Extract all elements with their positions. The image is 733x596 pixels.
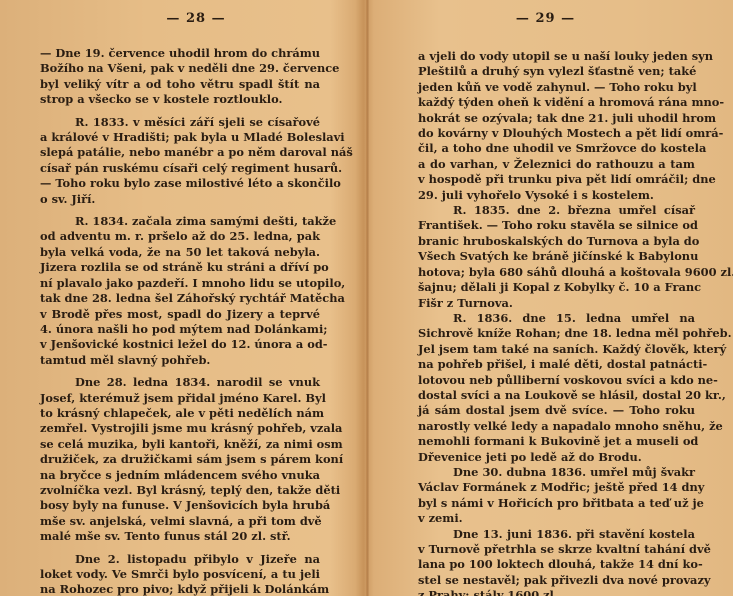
text-line: loket vody. Ve Smrči bylo posvícení, a t… [40,567,320,582]
text-line: císař pán ruskému císaři celý regiment h… [40,161,320,176]
text-line: Jizera rozlila se od stráně ku stráni a … [40,260,320,275]
text-line: František. — Toho roku stavěla se silnic… [418,218,695,233]
text-line: byla velká voda, že na 50 let taková neb… [40,245,320,260]
text-line: R. 1833. v měsíci září sjeli se císařové [40,115,320,130]
text-line: Jel jsem tam také na saních. Každý člově… [418,342,695,357]
text-line: Dne 2. listopadu přibylo v Jizeře na [40,552,320,567]
text-line: Václav Formánek z Modřic; ještě před 14 … [418,480,695,495]
text-line: Dne 30. dubna 1836. umřel můj švakr [418,465,695,480]
right-page: — 29 — a vjeli do vody utopil se u naší … [370,0,733,596]
text-line: narostly velké ledy a napadalo mnoho sně… [418,419,695,434]
text-line: tamtud měl slavný pohřeb. [40,353,320,368]
text-line: R. 1836. dne 15. ledna umřel na [418,311,695,326]
text-line: v Jenšovické kostnici ležel do 12. února… [40,337,320,352]
text-line: R. 1834. začala zima samými dešti, takže [40,214,320,229]
text-line: Božího na Všeni, pak v neděli dne 29. če… [40,61,320,76]
left-page: — 28 — — Dne 19. července uhodil hrom do… [0,0,368,596]
text-line: 4. února našli ho pod mýtem nad Dolánkam… [40,322,320,337]
text-line: a vjeli do vody utopil se u naší louky j… [418,49,695,64]
text-line: tak dne 28. ledna šel Záhořský rychtář M… [40,291,320,306]
text-line: na pohřeb přišel, i malé děti, dostal pa… [418,357,695,372]
text-line: v Brodě přes most, spadl do Jizery a tep… [40,307,320,322]
text-line: a do varhan, v Železnici do rathouzu a t… [418,157,695,172]
text-line: z Prahy; stály 1600 zl. [418,588,695,596]
text-line: byl s námi v Hořicích pro břitbata a teď… [418,496,695,511]
text-line: bosy byly na funuse. V Jenšovicích byla … [40,498,320,513]
text-line: lotovou neb půllibernı́ voskovou svíci a… [418,373,695,388]
text-line: — Dne 19. července uhodil hrom do chrámu [40,46,320,61]
text-line: v zemi. [418,511,695,526]
text-line: na bryčce s jedním mládencem svého vnuka [40,468,320,483]
text-line: šajnu; dělali ji Kopal z Kobylky č. 10 a… [418,280,695,295]
page-number-left: — 28 — [12,11,380,26]
text-line: Dne 13. juni 1836. při stavění kostela [418,527,695,542]
text-line: Pleštilů a druhý syn vylezl šťastně ven;… [418,64,695,79]
page-number-right: — 29 — [364,11,727,26]
text-line: hotova; byla 680 sáhů dlouhá a koštovala… [418,265,695,280]
text-line: ní plavalo jako pazdeří. I mnoho lidu se… [40,276,320,291]
text-line: Dřevenice jeti po ledě až do Brodu. [418,450,695,465]
text-line: Všech Svatých ke bráně jičínské k Babylo… [418,249,695,264]
text-line: byl veliký vítr a od toho větru spadl št… [40,77,320,92]
text-line: hokrát se ozývala; tak dne 21. juli uhod… [418,111,695,126]
right-page-text: a vjeli do vody utopil se u naší louky j… [418,49,695,596]
text-line: o sv. Jiří. [40,192,320,207]
text-line: mše sv. anjelská, velmi slavná, a při to… [40,514,320,529]
text-line: v Turnově přetrhla se skrze kvaltní tahá… [418,542,695,557]
text-line: Dne 28. ledna 1834. narodil se vnuk [40,375,320,390]
text-line: Fišr z Turnova. [418,296,695,311]
text-line: stel se nestavěl; pak přivezli dva nové … [418,573,695,588]
text-line: dostal svíci a na Loukově se hlásil, dos… [418,388,695,403]
text-line: R. 1835. dne 2. března umřel císař [418,203,695,218]
text-line: družiček, za družičkami sám jsem s párem… [40,452,320,467]
book-spread: — 28 — — Dne 19. července uhodil hrom do… [0,0,733,596]
left-page-text: — Dne 19. července uhodil hrom do chrámu… [40,46,320,596]
text-line: do kovárny v Dlouhých Mostech a pět lidí… [418,126,695,141]
text-line: zvolníčka vezl. Byl krásný, teplý den, t… [40,483,320,498]
text-line: od adventu m. r. pršelo až do 25. ledna,… [40,229,320,244]
text-line: branic hruboskalských do Turnova a byla … [418,234,695,249]
text-line: zemřel. Vystrojili jsme mu krásný pohřeb… [40,421,320,436]
text-line: strop a všecko se v kostele roztlouklo. [40,92,320,107]
text-line: nemohli formani k Bukovině jet a museli … [418,434,695,449]
text-line: — Toho roku bylo zase milostivé léto a s… [40,176,320,191]
text-line: v hospodě při trunku piva pět lidí omráč… [418,172,695,187]
text-line: to krásný chlapeček, ale v pěti nedělích… [40,406,320,421]
text-line: každý týden oheň k vidění a hromová rána… [418,95,695,110]
book-gutter [366,0,369,596]
text-line: slepá patálie, nebo manébr a po něm daro… [40,145,320,160]
text-line: malé mše sv. Tento funus stál 20 zl. stř… [40,529,320,544]
text-line: já sám dostal jsem dvě svíce. — Toho rok… [418,403,695,418]
text-line: lana po 100 loktech dlouhá, takže 14 dní… [418,557,695,572]
text-line: se celá muzika, byli kantoři, kněží, za … [40,437,320,452]
text-line: Josef, kterémuž jsem přidal jméno Karel.… [40,391,320,406]
text-line: Sichrově kníže Rohan; dne 18. ledna měl … [418,326,695,341]
text-line: na Rohozec pro pivo; když přijeli k Dolá… [40,582,320,596]
text-line: a králové v Hradišti; pak byla u Mladé B… [40,130,320,145]
text-line: jeden kůň ve vodě zahynul. — Toho roku b… [418,80,695,95]
text-line: 29. juli vyhořelo Vysoké i s kostelem. [418,188,695,203]
text-line: čil, a toho dne uhodil ve Smržovce do ko… [418,141,695,156]
